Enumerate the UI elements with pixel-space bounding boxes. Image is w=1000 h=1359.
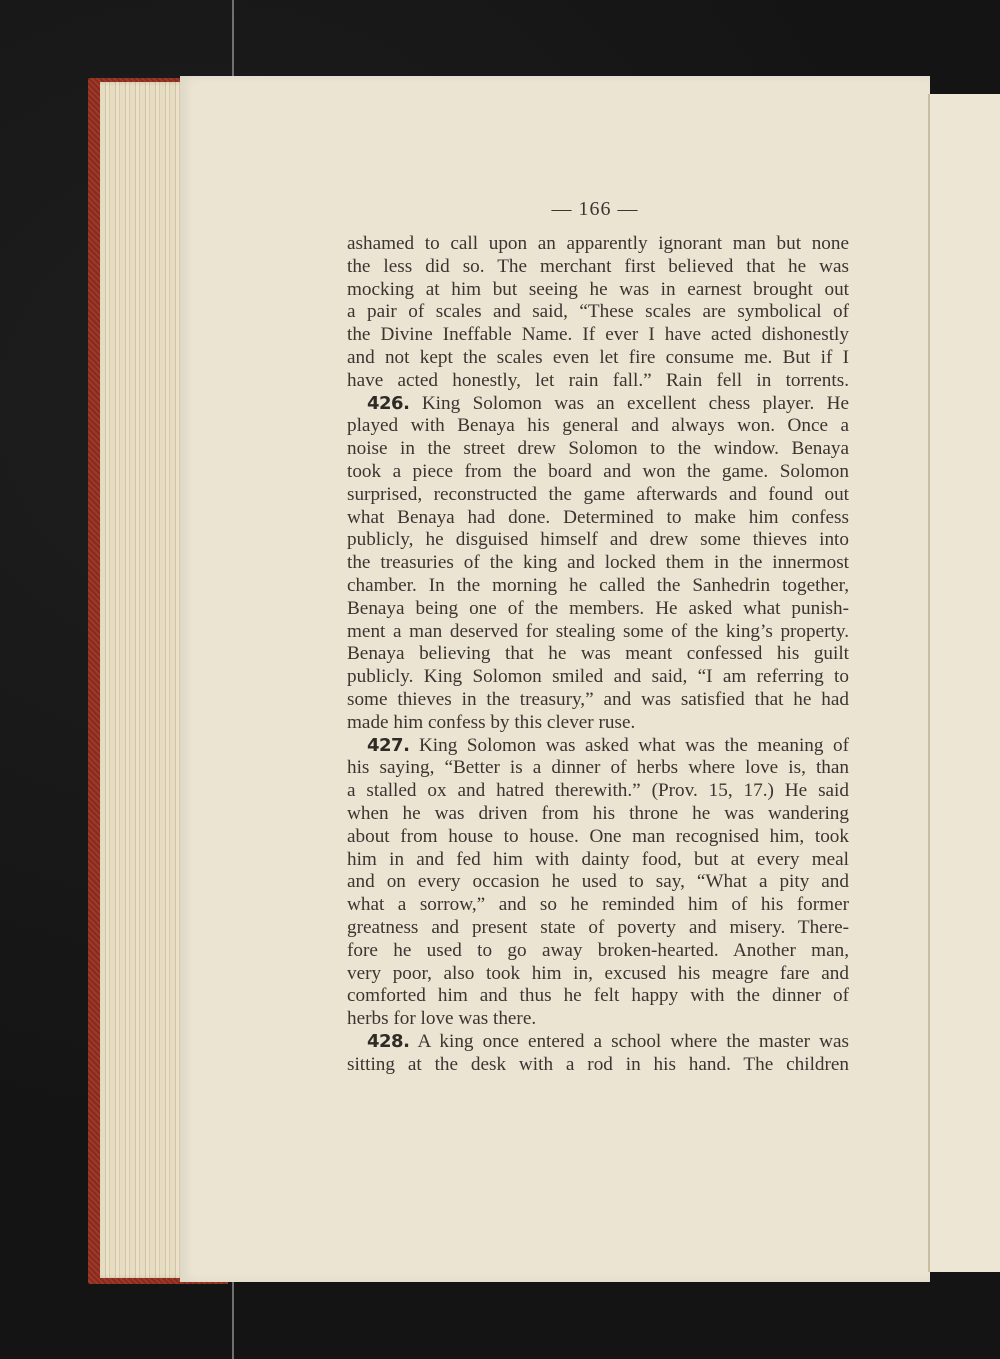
text-line: him in and fed him with dainty food, but… xyxy=(347,849,849,872)
paragraph-number: 428. xyxy=(367,1031,409,1052)
next-page-edge xyxy=(928,94,1000,1272)
paragraph-number: 426. xyxy=(367,393,409,414)
paragraph-continuation: ashamed to call upon an apparently ignor… xyxy=(347,233,849,393)
text-line: the less did so. The merchant first beli… xyxy=(347,256,849,279)
text-line: publicly. King Solomon smiled and said, … xyxy=(347,666,849,689)
text-line: played with Benaya his general and alway… xyxy=(347,415,849,438)
text-line: made him confess by this clever ruse. xyxy=(347,712,849,735)
paragraph-427: 427. King Solomon was asked what was the… xyxy=(347,735,849,1031)
paragraph-number: 427. xyxy=(367,735,409,756)
text-line: noise in the street drew Solomon to the … xyxy=(347,438,849,461)
text-line: ashamed to call upon an apparently ignor… xyxy=(347,233,849,256)
text-run: King Solomon was asked what was the mean… xyxy=(419,735,849,756)
text-line: what a sorrow,” and so he reminded him o… xyxy=(347,894,849,917)
text-line: have acted honestly, let rain fall.” Rai… xyxy=(347,370,849,393)
text-line: 426. King Solomon was an excellent chess… xyxy=(347,393,849,416)
text-run: A king once entered a school where the m… xyxy=(417,1031,849,1052)
text-line: comforted him and thus he felt happy wit… xyxy=(347,985,849,1008)
text-line: a stalled ox and hatred therewith.” (Pro… xyxy=(347,780,849,803)
text-line: surprised, reconstructed the game afterw… xyxy=(347,484,849,507)
paragraph-428: 428. A king once entered a school where … xyxy=(347,1031,849,1077)
text-line: sitting at the desk with a rod in his ha… xyxy=(347,1054,849,1077)
text-line: publicly, he disguised himself and drew … xyxy=(347,529,849,552)
text-line: the Divine Ineffable Name. If ever I hav… xyxy=(347,324,849,347)
page-text: ashamed to call upon an apparently ignor… xyxy=(347,233,849,1076)
paragraph-426: 426. King Solomon was an excellent chess… xyxy=(347,393,849,735)
text-line: took a piece from the board and won the … xyxy=(347,461,849,484)
text-line: Benaya being one of the members. He aske… xyxy=(347,598,849,621)
text-line: herbs for love was there. xyxy=(347,1008,849,1031)
text-line: greatness and present state of poverty a… xyxy=(347,917,849,940)
text-line: ment a man deserved for stealing some of… xyxy=(347,621,849,644)
text-line: when he was driven from his throne he wa… xyxy=(347,803,849,826)
text-line: a pair of scales and said, “These scales… xyxy=(347,301,849,324)
text-line: some thieves in the treasury,” and was s… xyxy=(347,689,849,712)
text-run: King Solomon was an excellent chess play… xyxy=(422,393,849,414)
text-line: mocking at him but seeing he was in earn… xyxy=(347,279,849,302)
text-line: Benaya believing that he was meant confe… xyxy=(347,643,849,666)
text-line: chamber. In the morning he called the Sa… xyxy=(347,575,849,598)
text-line: what Benaya had done. Determined to make… xyxy=(347,507,849,530)
text-line: very poor, also took him in, excused his… xyxy=(347,963,849,986)
text-line: the treasuries of the king and locked th… xyxy=(347,552,849,575)
text-line: fore he used to go away broken-hearted. … xyxy=(347,940,849,963)
page-stack-edges xyxy=(100,82,190,1278)
page-number: — 166 — xyxy=(0,198,1000,221)
text-line: about from house to house. One man recog… xyxy=(347,826,849,849)
text-line: and on every occasion he used to say, “W… xyxy=(347,871,849,894)
text-line: 427. King Solomon was asked what was the… xyxy=(347,735,849,758)
text-line: 428. A king once entered a school where … xyxy=(347,1031,849,1054)
text-line: his saying, “Better is a dinner of herbs… xyxy=(347,757,849,780)
text-line: and not kept the scales even let fire co… xyxy=(347,347,849,370)
